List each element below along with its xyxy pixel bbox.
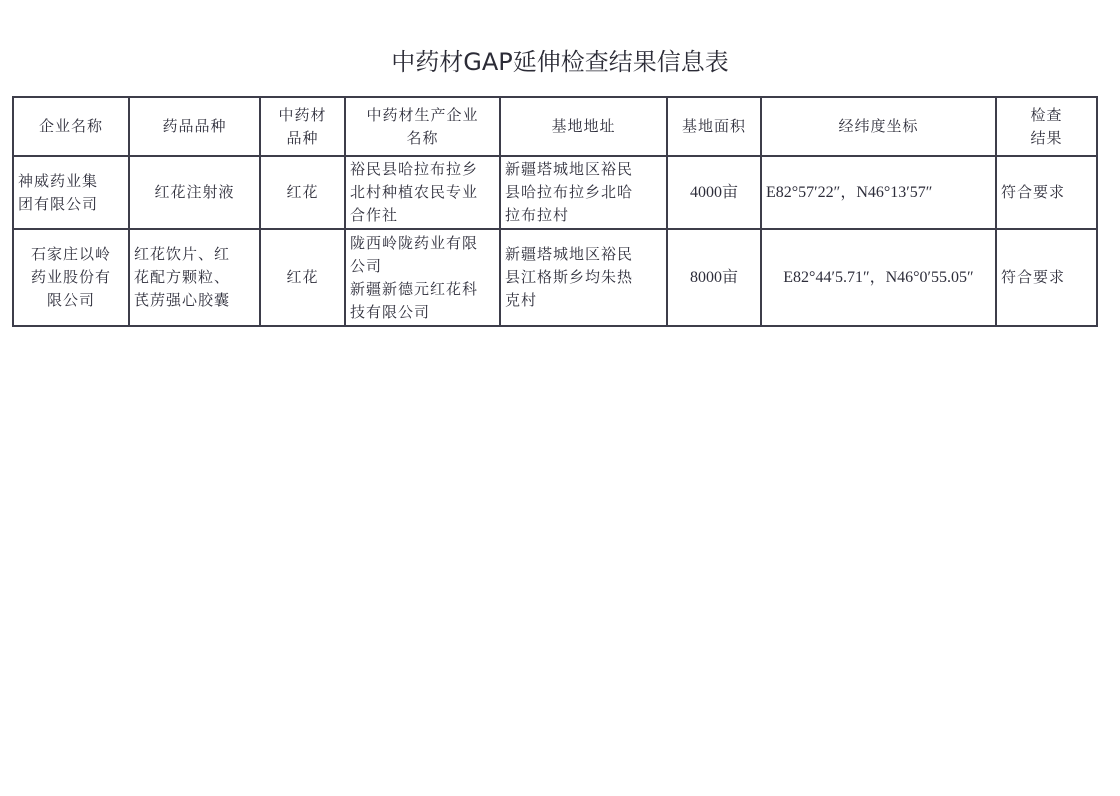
cell-result: 符合要求 xyxy=(996,229,1097,326)
cell-area: 4000亩 xyxy=(667,156,761,229)
table-row: 神威药业集 团有限公司 红花注射液 红花 裕民县哈拉布拉乡 北村种植农民专业 合… xyxy=(13,156,1097,229)
header-producer: 中药材生产企业 名称 xyxy=(345,97,500,156)
header-area: 基地面积 xyxy=(667,97,761,156)
cell-result: 符合要求 xyxy=(996,156,1097,229)
header-coords: 经纬度坐标 xyxy=(761,97,996,156)
cell-producer: 陇西岭陇药业有限 公司 新疆新德元红花科 技有限公司 xyxy=(345,229,500,326)
cell-coords: E82°57′22″，N46°13′57″ xyxy=(761,156,996,229)
cell-company: 石家庄以岭 药业股份有 限公司 xyxy=(13,229,129,326)
cell-address: 新疆塔城地区裕民 县哈拉布拉乡北哈 拉布拉村 xyxy=(500,156,667,229)
cell-herb: 红花 xyxy=(260,156,345,229)
header-address: 基地地址 xyxy=(500,97,667,156)
cell-area: 8000亩 xyxy=(667,229,761,326)
document-title: 中药材GAP延伸检查结果信息表 xyxy=(0,42,1120,77)
inspection-results-table: 企业名称 药品品种 中药材 品种 中药材生产企业 名称 基地地址 基地面积 经纬… xyxy=(12,96,1098,327)
cell-drug: 红花饮片、红 花配方颗粒、 芪苈强心胶囊 xyxy=(129,229,260,326)
header-company: 企业名称 xyxy=(13,97,129,156)
cell-company: 神威药业集 团有限公司 xyxy=(13,156,129,229)
cell-drug: 红花注射液 xyxy=(129,156,260,229)
cell-address: 新疆塔城地区裕民 县江格斯乡均朱热 克村 xyxy=(500,229,667,326)
cell-coords: E82°44′5.71″，N46°0′55.05″ xyxy=(761,229,996,326)
table-row: 石家庄以岭 药业股份有 限公司 红花饮片、红 花配方颗粒、 芪苈强心胶囊 红花 … xyxy=(13,229,1097,326)
cell-herb: 红花 xyxy=(260,229,345,326)
table-header-row: 企业名称 药品品种 中药材 品种 中药材生产企业 名称 基地地址 基地面积 经纬… xyxy=(13,97,1097,156)
cell-producer: 裕民县哈拉布拉乡 北村种植农民专业 合作社 xyxy=(345,156,500,229)
header-drug: 药品品种 xyxy=(129,97,260,156)
header-result: 检查 结果 xyxy=(996,97,1097,156)
header-herb: 中药材 品种 xyxy=(260,97,345,156)
